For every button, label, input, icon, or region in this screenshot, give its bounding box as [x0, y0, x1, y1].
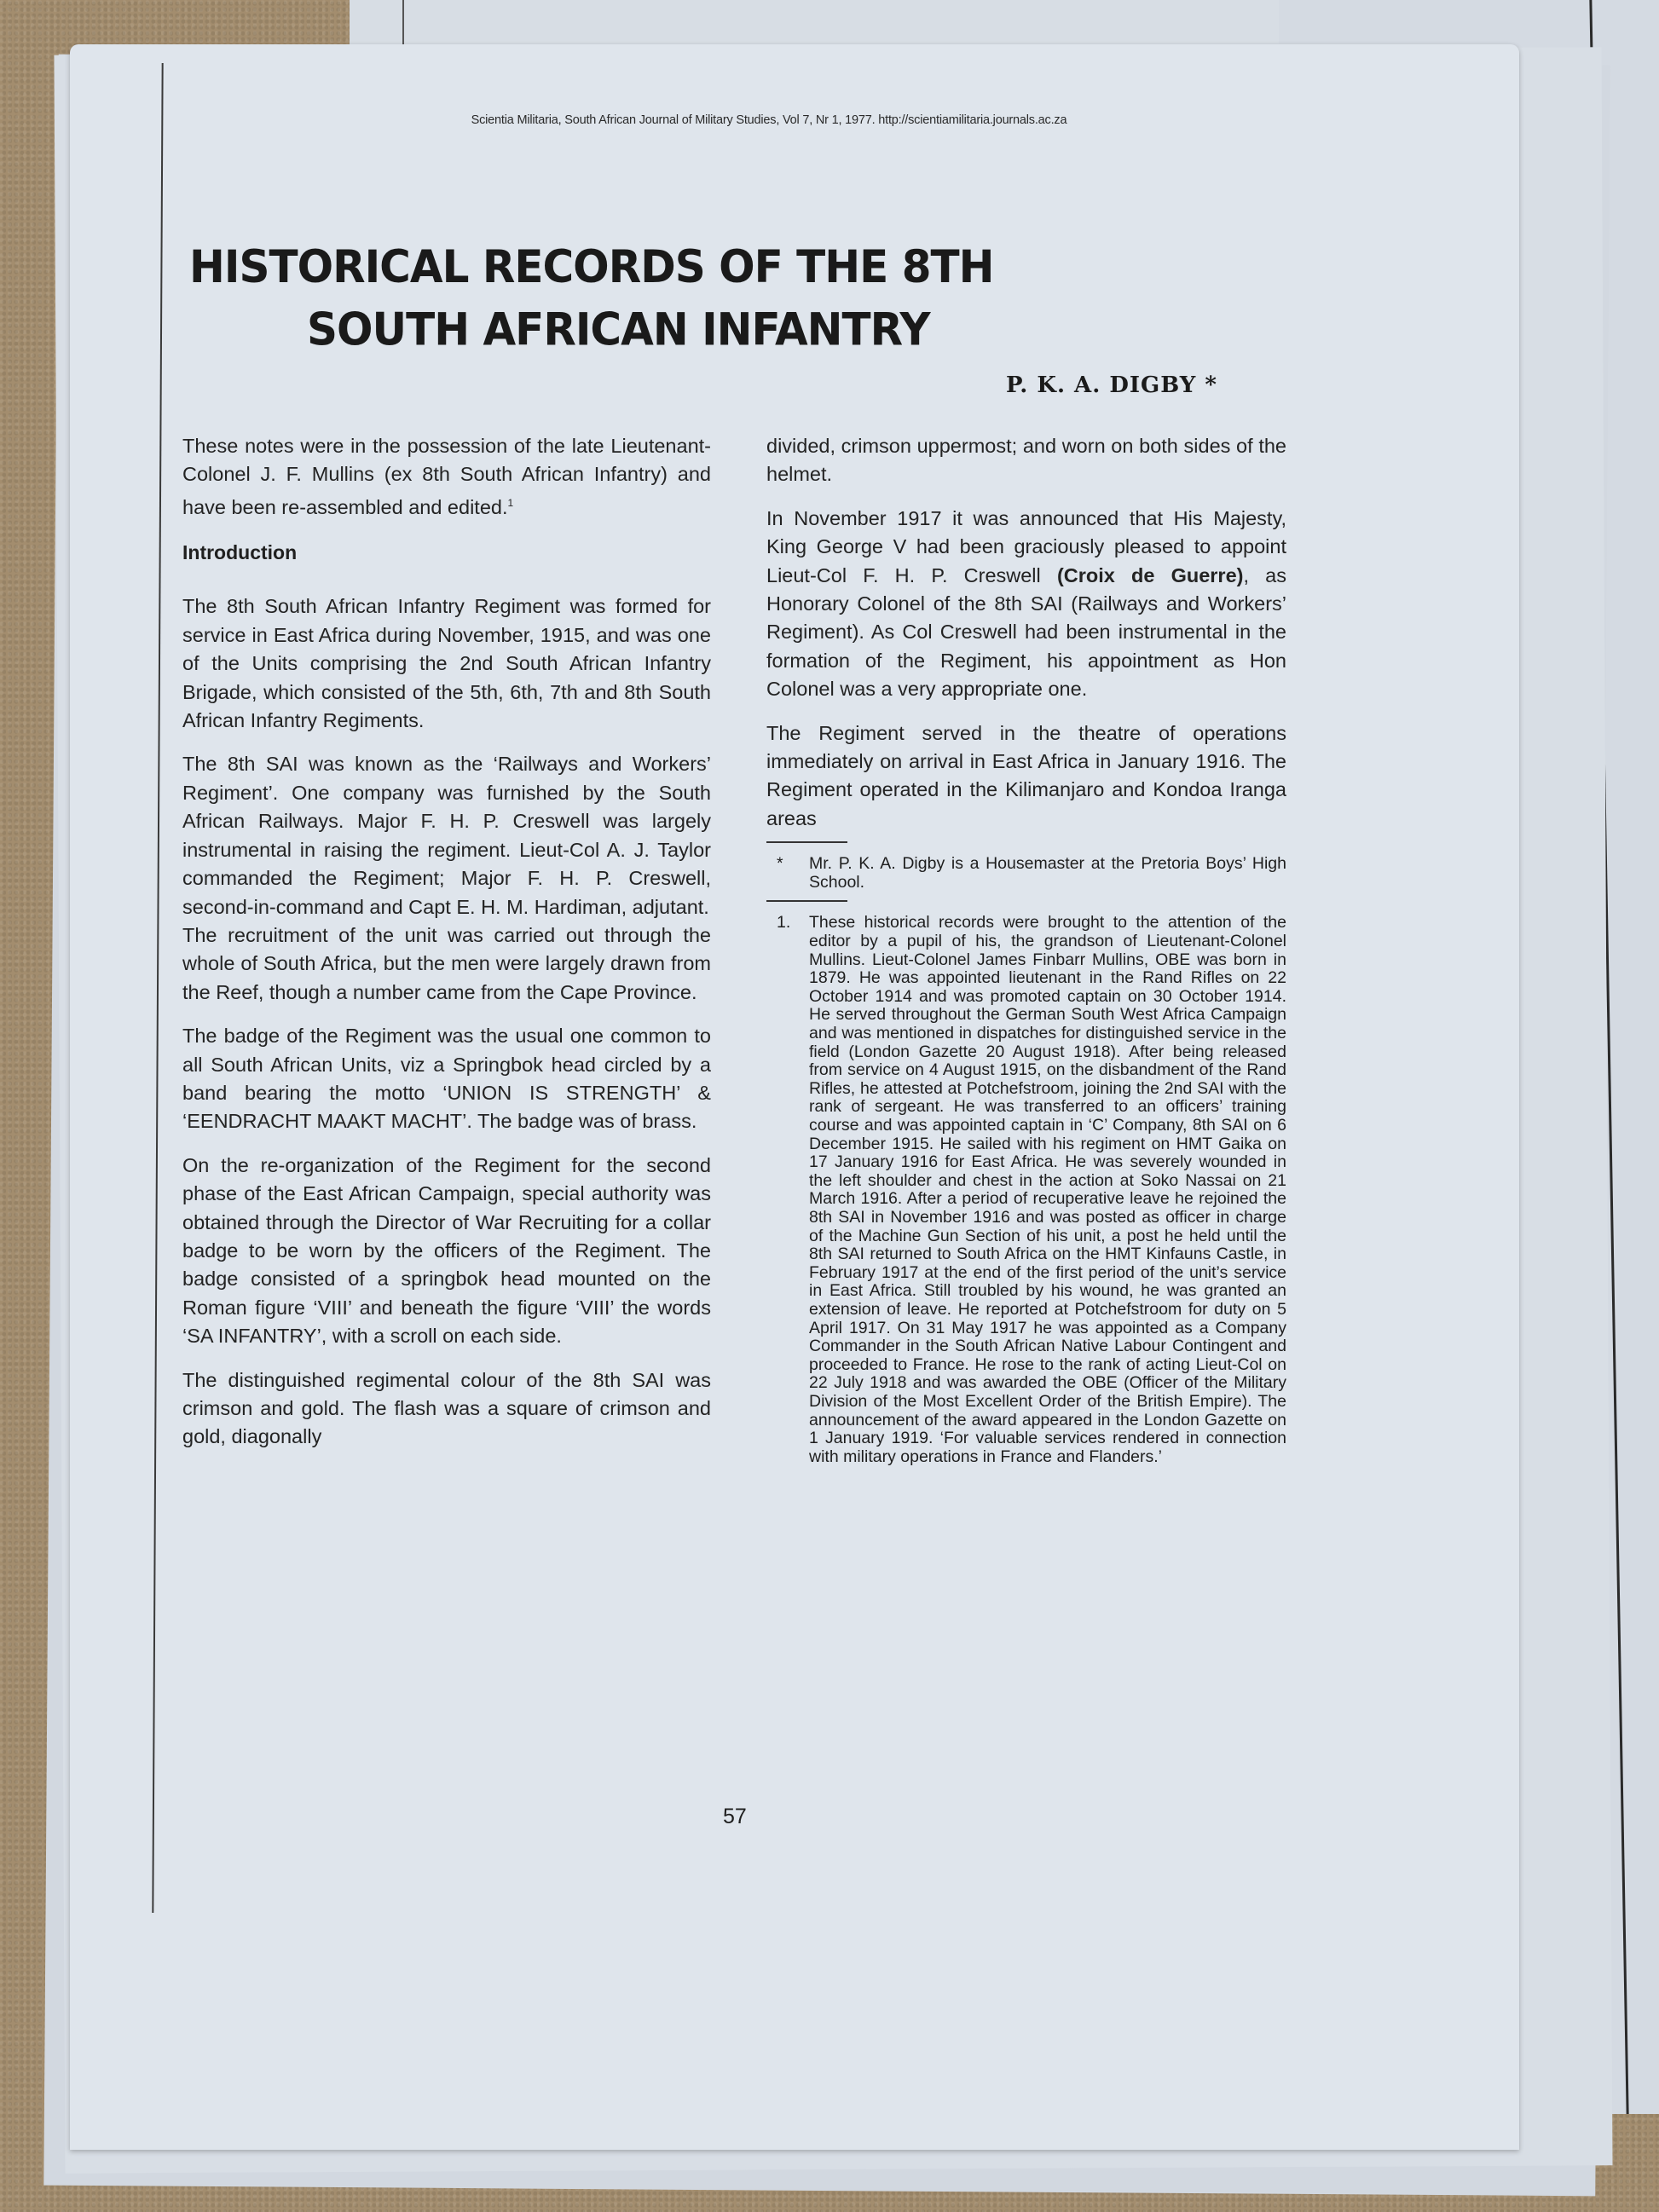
right-column: divided, crimson uppermost; and worn on …	[766, 432, 1286, 1466]
footnote-text: These historical records were brought to…	[809, 914, 1286, 1466]
left-column: These notes were in the possession of th…	[182, 432, 711, 1467]
paragraph: The recruitment of the unit was carried …	[182, 921, 711, 1007]
footnote-author: * Mr. P. K. A. Digby is a Housemaster at…	[766, 855, 1286, 892]
paragraph: The badge of the Regiment was the usual …	[182, 1022, 711, 1136]
footnote-divider	[766, 900, 847, 902]
paragraph: divided, crimson uppermost; and worn on …	[766, 432, 1286, 489]
paragraph: The 8th South African Infantry Regiment …	[182, 592, 711, 735]
margin-rule	[402, 0, 404, 51]
margin-rule	[152, 63, 163, 1913]
article-page: Scientia Militaria, South African Journa…	[70, 44, 1519, 2150]
article-title: HISTORICAL RECORDS OF THE 8TH SOUTH AFRI…	[189, 236, 1383, 361]
author-byline: P. K. A. DIGBY *	[1006, 373, 1217, 398]
footnote-ref: 1	[508, 497, 514, 509]
running-head: Scientia Militaria, South African Journa…	[70, 113, 1468, 127]
paragraph: On the re-organization of the Regiment f…	[182, 1152, 711, 1351]
footnote-text: Mr. P. K. A. Digby is a Housemaster at t…	[809, 855, 1286, 892]
bold-text: (Croix de Guerre)	[1057, 564, 1244, 586]
intro-paragraph: These notes were in the possession of th…	[182, 432, 711, 522]
section-heading: Introduction	[182, 539, 711, 567]
page-number: 57	[723, 1805, 747, 1829]
footnote-1: 1. These historical records were brought…	[766, 914, 1286, 1466]
footnote-mark: 1.	[766, 914, 809, 1466]
footnote-mark: *	[766, 855, 809, 892]
paragraph: In November 1917 it was announced that H…	[766, 505, 1286, 704]
footnote-divider	[766, 841, 847, 843]
paragraph: The Regiment served in the theatre of op…	[766, 719, 1286, 834]
title-line-2: SOUTH AFRICAN INFANTRY	[189, 298, 1383, 361]
title-line-1: HISTORICAL RECORDS OF THE 8TH	[189, 236, 1383, 299]
paragraph: The 8th SAI was known as the ‘Railways a…	[182, 750, 711, 921]
paragraph: The distinguished regimental colour of t…	[182, 1366, 711, 1452]
